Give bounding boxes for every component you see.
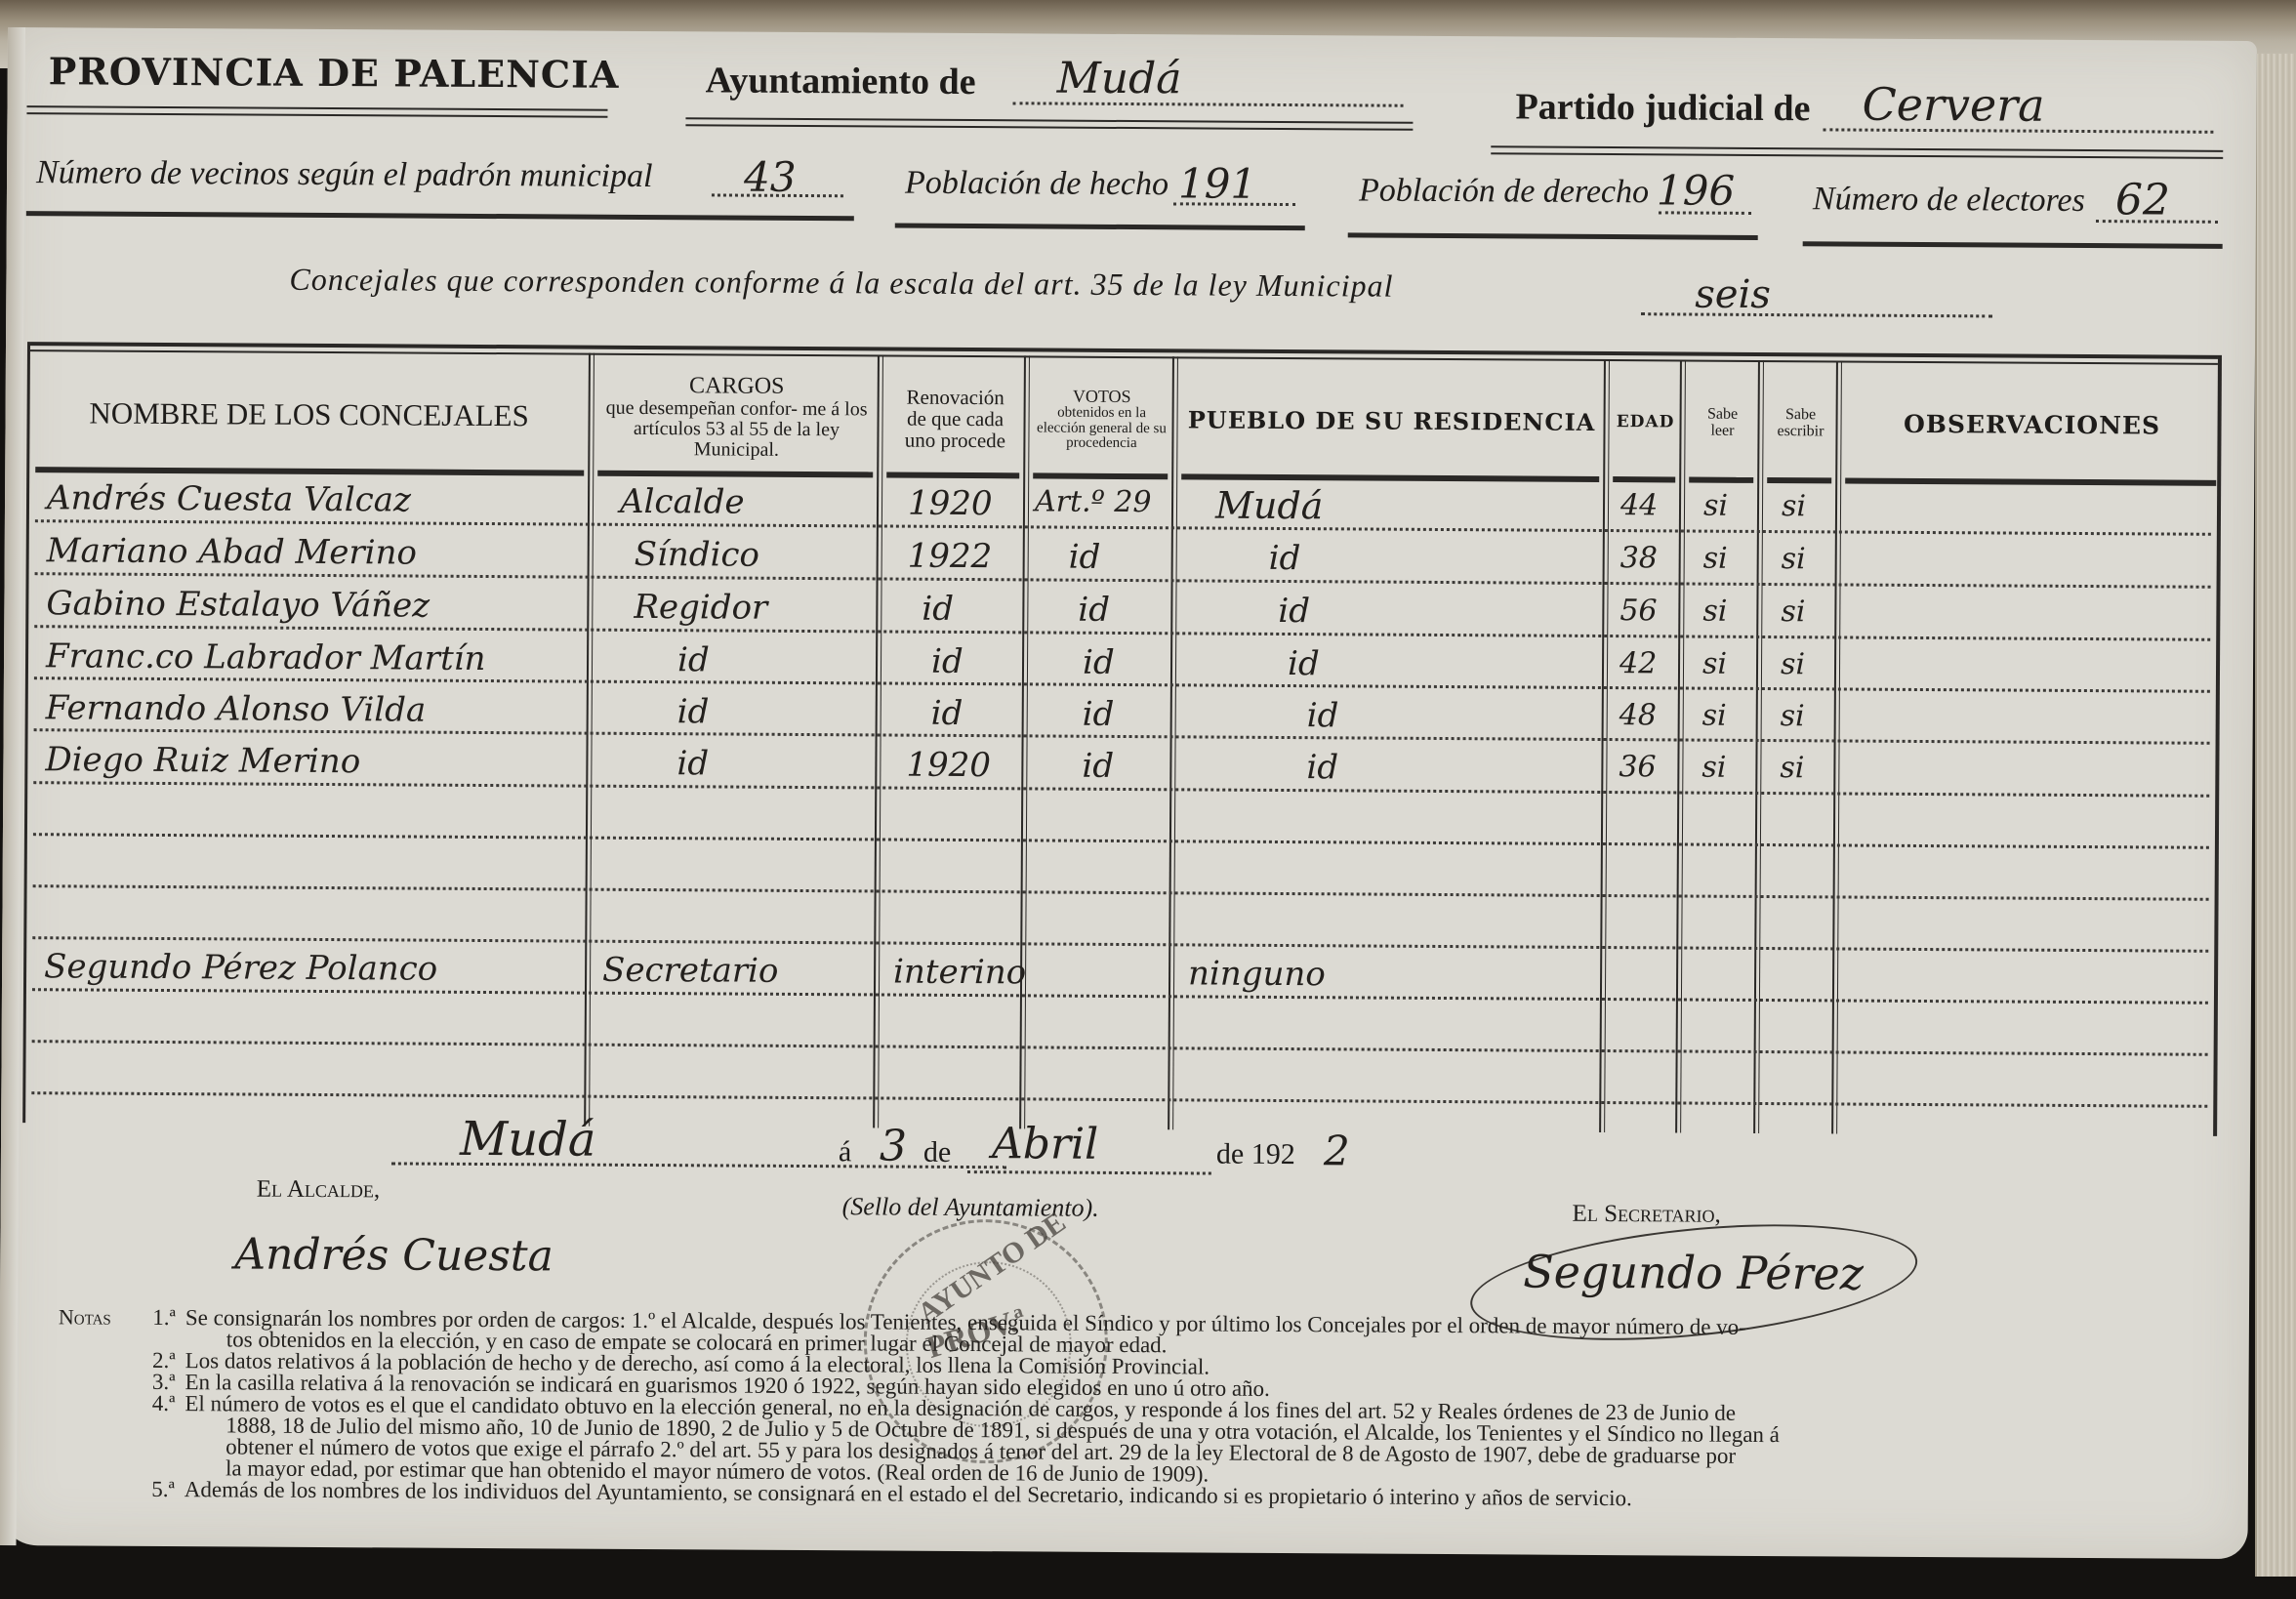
header-rule <box>1689 477 1753 483</box>
header-rule <box>1845 478 2216 486</box>
cell-pueblo: ninguno <box>1188 954 1326 994</box>
header-cargos-sub: que desempeñan confor- me á los artículo… <box>595 398 877 462</box>
cell-leer: si <box>1701 751 1726 785</box>
cell-escribir: si <box>1782 489 1806 523</box>
date-month: Abril <box>992 1119 1098 1169</box>
derecho-underline <box>1348 232 1758 240</box>
cell-edad: 42 <box>1619 646 1657 680</box>
cell-cargo: Síndico <box>635 535 759 575</box>
cell-nombre: Franc.co Labrador Martín <box>46 636 486 678</box>
header-nombre: NOMBRE DE LOS CONCEJALES <box>29 353 589 475</box>
hecho-value: 191 <box>1178 159 1256 207</box>
date-day: 3 <box>880 1121 907 1170</box>
hecho-underline <box>895 224 1305 231</box>
cell-leer: si <box>1702 647 1727 681</box>
vecinos-value: 43 <box>744 153 797 201</box>
alcalde-signature: Andrés Cuesta <box>234 1229 553 1281</box>
concejales-label: Concejales que corresponden conforme á l… <box>289 262 1393 305</box>
vecinos-underline <box>26 211 854 221</box>
cell-nombre: Diego Ruiz Merino <box>45 740 360 781</box>
note-number: 4.ª <box>122 1393 184 1414</box>
province-underline <box>26 105 607 118</box>
header-rule <box>886 472 1019 479</box>
concejales-value: seis <box>1695 272 1771 317</box>
secretario-label: El Secretario, <box>1573 1201 1721 1229</box>
header-observaciones-text: OBSERVACIONES <box>1904 412 2160 439</box>
header-escribir-text: Sabe escribir <box>1771 407 1829 440</box>
header-rule <box>1181 473 1599 482</box>
cell-votos: id <box>1083 643 1115 682</box>
cell-escribir: si <box>1782 542 1806 576</box>
derecho-label: Población de derecho <box>1359 172 1649 211</box>
cell-pueblo: id <box>1307 696 1339 735</box>
header-renovacion-text: Renovación de que cada uno procede <box>894 386 1015 451</box>
note-number: 5.ª <box>122 1479 184 1500</box>
header-votos-title: VOTOS <box>1073 388 1131 406</box>
cell-cargo: Regidor <box>634 588 767 628</box>
note-number: 3.ª <box>122 1372 184 1393</box>
header-pueblo: PUEBLO DE SU RESIDENCIA <box>1179 360 1604 482</box>
cell-edad: 38 <box>1620 541 1658 575</box>
date-de2: de 192 <box>1216 1138 1295 1171</box>
scanned-document: PROVINCIA DE PALENCIA Ayuntamiento de Mu… <box>0 0 2296 1599</box>
cell-renovacion: 1920 <box>906 746 991 786</box>
cell-escribir: si <box>1781 647 1805 681</box>
cell-renovacion: id <box>931 694 963 733</box>
cell-votos: Art.º 29 <box>1035 484 1152 519</box>
book-page-stack <box>2255 54 2296 1577</box>
cell-edad: 56 <box>1619 594 1657 628</box>
cell-cargo: Alcalde <box>620 482 745 522</box>
row-rule <box>33 781 2209 798</box>
electores-label: Número de electores <box>1813 181 2085 220</box>
cell-pueblo: id <box>1278 592 1310 631</box>
cell-leer: si <box>1703 489 1728 523</box>
notes-section: Notas 1.ª Se consignarán los nombres por… <box>58 1306 2226 1513</box>
header-rule <box>1767 477 1831 483</box>
cell-cargo: id <box>676 744 709 783</box>
header-cargos-title: CARGOS <box>689 374 785 399</box>
date-a: á <box>839 1135 852 1168</box>
row-rule <box>32 1040 2208 1056</box>
page-binding-shadow <box>0 27 25 1545</box>
cell-escribir: si <box>1781 699 1805 733</box>
notes-label: Notas <box>59 1306 139 1329</box>
cell-leer: si <box>1703 542 1728 576</box>
concejales-table: NOMBRE DE LOS CONCEJALES CARGOS que dese… <box>22 342 2222 1136</box>
cell-votos: id <box>1082 747 1114 786</box>
ayuntamiento-value: Mudá <box>1057 54 1182 104</box>
cell-cargo: Secretario <box>602 951 779 991</box>
header-cargos: CARGOS que desempeñan confor- me á los a… <box>595 357 878 478</box>
hecho-label: Población de hecho <box>905 165 1168 204</box>
alcalde-label: El Alcalde, <box>257 1176 381 1205</box>
date-de1: de <box>923 1136 952 1169</box>
partido-value: Cervera <box>1862 78 2044 132</box>
cell-renovacion: 1922 <box>908 537 993 577</box>
header-renovacion: Renovación de que cada uno procede <box>886 359 1024 479</box>
concejales-dotline <box>1641 312 1992 317</box>
header-escribir: Sabe escribir <box>1765 364 1836 483</box>
cell-leer: si <box>1702 699 1727 733</box>
note-number: 1.ª <box>139 1307 185 1329</box>
electores-underline <box>1803 241 2223 249</box>
header-edad-text: EDAD <box>1617 414 1675 431</box>
vecinos-label: Número de vecinos según el padrón munici… <box>36 154 653 195</box>
row-rule <box>31 1091 2207 1108</box>
cell-nombre: Mariano Abad Merino <box>47 531 417 572</box>
cell-votos: id <box>1069 538 1101 577</box>
cell-leer: si <box>1702 594 1727 629</box>
form-page: PROVINCIA DE PALENCIA Ayuntamiento de Mu… <box>0 27 2257 1559</box>
partido-underline <box>1491 145 2223 159</box>
cell-renovacion: id <box>931 642 963 681</box>
date-place: Mudá <box>460 1112 596 1168</box>
ayuntamiento-label: Ayuntamiento de <box>706 59 976 103</box>
date-month-dotline <box>967 1170 1211 1175</box>
cell-nombre: Gabino Estalayo Váñez <box>46 584 430 625</box>
note-number: 2.ª <box>123 1350 185 1372</box>
province-title: PROVINCIA DE PALENCIA <box>49 49 620 97</box>
header-rule <box>597 471 873 478</box>
cell-votos: id <box>1083 695 1115 734</box>
header-leer-text: Sabe leer <box>1697 407 1747 440</box>
cell-escribir: si <box>1780 751 1804 785</box>
header-nombre-text: NOMBRE DE LOS CONCEJALES <box>89 397 529 431</box>
cell-edad: 44 <box>1620 488 1658 522</box>
header-edad: EDAD <box>1611 363 1680 482</box>
cell-votos: id <box>1078 591 1110 630</box>
cell-pueblo: Mudá <box>1215 484 1324 528</box>
cell-pueblo: id <box>1288 644 1320 683</box>
cell-nombre: Fernando Alonso Vilda <box>46 688 427 729</box>
cell-nombre: Segundo Pérez Polanco <box>44 947 437 988</box>
cell-renovacion: 1920 <box>908 484 993 524</box>
cell-nombre: Andrés Cuesta Valcaz <box>47 478 411 519</box>
cell-renovacion: id <box>922 590 954 629</box>
cell-cargo: id <box>677 640 710 679</box>
header-votos: VOTOS obtenidos en la elección general d… <box>1031 359 1172 479</box>
date-year-suffix: 2 <box>1324 1127 1350 1174</box>
electores-value: 62 <box>2115 175 2170 225</box>
header-rule <box>1613 476 1675 482</box>
cell-pueblo: id <box>1306 748 1338 787</box>
row-rule <box>33 884 2209 901</box>
derecho-value: 196 <box>1657 166 1735 214</box>
cell-edad: 36 <box>1619 750 1656 784</box>
ayuntamiento-underline <box>685 117 1413 131</box>
header-observaciones: OBSERVACIONES <box>1843 364 2221 485</box>
secretario-signature: Segundo Pérez <box>1523 1246 1864 1300</box>
cell-escribir: si <box>1781 594 1805 629</box>
header-rule <box>1033 472 1168 479</box>
row-rule <box>33 833 2209 849</box>
cell-renovacion: interino <box>893 953 1026 993</box>
header-votos-sub: obtenidos en la elección general de su p… <box>1031 405 1171 452</box>
partido-label: Partido judicial de <box>1515 85 1810 130</box>
cell-cargo: id <box>677 692 710 731</box>
row-rule <box>32 988 2208 1004</box>
header-leer: Sabe leer <box>1687 364 1758 483</box>
header-pueblo-text: PUEBLO DE SU RESIDENCIA <box>1188 408 1596 435</box>
cell-edad: 48 <box>1619 698 1657 732</box>
cell-pueblo: id <box>1269 539 1301 578</box>
